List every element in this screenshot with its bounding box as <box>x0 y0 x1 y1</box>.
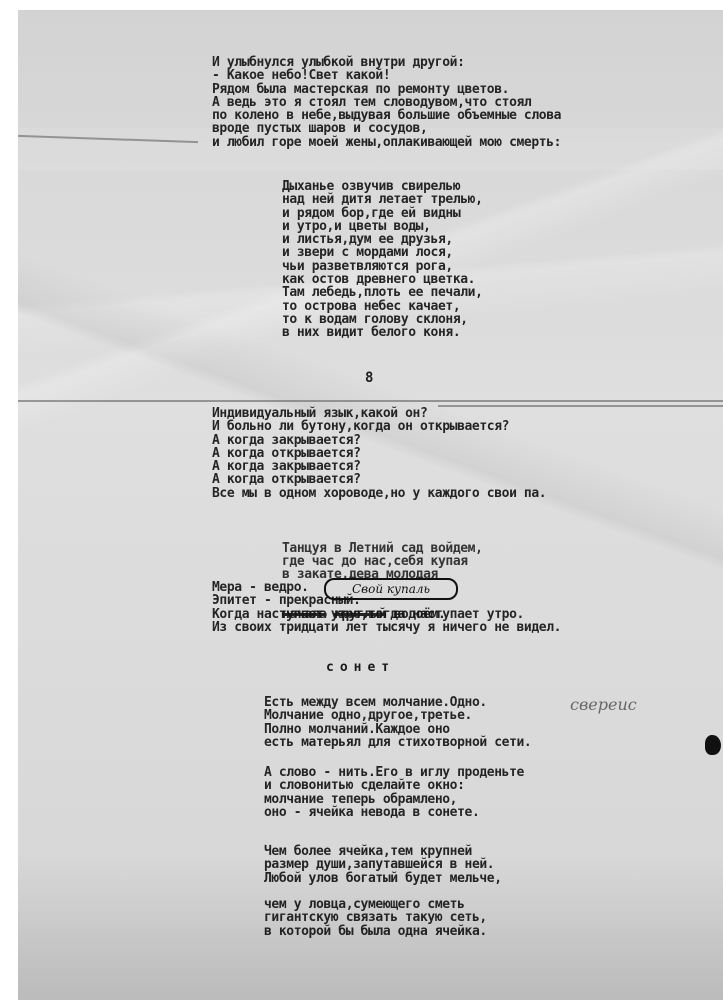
text-line: размер души,запутавшейся в ней. <box>264 858 502 871</box>
text-line: А слово - нить.Его в иглу проденьте <box>264 766 524 779</box>
text-line: Есть между всем молчание.Одно. <box>264 696 531 709</box>
text-line: Молчание одно,другое,третье. <box>264 709 531 722</box>
text-line: А когда открывается? <box>212 473 546 486</box>
text-line: Все мы в одном хороводе,но у каждого сво… <box>212 487 546 500</box>
sonnet-tercet-1: Чем более ячейка,тем крупнейразмер души,… <box>264 845 502 885</box>
text-line: где час до нас,себя купая <box>282 555 483 568</box>
sonnet-title: сонет <box>326 660 395 675</box>
text-line: Танцуя в Летний сад войдем, <box>282 542 483 555</box>
text-line: есть матерьял для стихотворной сети. <box>264 736 531 749</box>
text-line: И улыбнулся улыбкой внутри другой: <box>212 56 561 69</box>
handwritten-insert: Свой купаль <box>324 578 458 600</box>
text-line: и словонитью сделайте окно: <box>264 779 524 792</box>
sonnet-quatrain-2: А слово - нить.Его в иглу проденьтеи сло… <box>264 766 524 819</box>
text-line: А когда открывается? <box>212 447 546 460</box>
text-line: над ней дитя летает трелью, <box>282 193 483 206</box>
text-line: Из своих тридцати лет тысячу я ничего не… <box>212 621 561 634</box>
text-line: и листья,дум ее друзья, <box>282 233 483 246</box>
text-line: гигантскую связать такую сеть, <box>264 911 487 924</box>
text-line: то к водам голову склоня, <box>282 313 483 326</box>
text-line: Индивидуальный язык,какой он? <box>212 407 546 420</box>
text-line: и рядом бор,где ей видны <box>282 207 483 220</box>
sonnet-quatrain-1: Есть между всем молчание.Одно.Молчание о… <box>264 696 531 749</box>
text-line: в них видит белого коня. <box>282 326 483 339</box>
stanza-4-lines: Танцуя в Летний сад войдем,где час до на… <box>282 542 483 582</box>
text-line: Там лебедь,плоть ее печали, <box>282 286 483 299</box>
text-line: чьи разветвляются рога, <box>282 260 483 273</box>
text-line: А когда закрывается? <box>212 434 546 447</box>
text-line: молчание теперь обрамлено, <box>264 793 524 806</box>
text-line: Любой улов богатый будет мельче, <box>264 872 502 885</box>
section-number: 8 <box>365 370 373 386</box>
text-line: Когда наступает утро,тогда наступает утр… <box>212 608 561 621</box>
text-line: то острова небес качает, <box>282 300 483 313</box>
stanza-3: Индивидуальный язык,какой он?И больно ли… <box>212 407 546 500</box>
stanza-2: Дыханье озвучив свирельюнад ней дитя лет… <box>282 180 483 340</box>
text-line: оно - ячейка невода в сонете. <box>264 806 524 819</box>
text-line: А когда закрывается? <box>212 460 546 473</box>
stanza-1: И улыбнулся улыбкой внутри другой:- Како… <box>212 56 561 149</box>
text-line: А ведь это я стоял тем словодувом,что ст… <box>212 96 561 109</box>
text-line: и любил горе моей жены,оплакивающей мою … <box>212 136 561 149</box>
text-line: Дыханье озвучив свирелью <box>282 180 483 193</box>
text-line: чем у ловца,сумеющего сметь <box>264 898 487 911</box>
text-line: и утро,и цветы воды, <box>282 220 483 233</box>
text-line: вроде пустых шаров и сосудов, <box>212 122 561 135</box>
text-line: И больно ли бутону,когда он открывается? <box>212 420 546 433</box>
handwritten-margin-note: свереис <box>570 695 637 714</box>
ink-blot <box>705 735 721 755</box>
text-line: Чем более ячейка,тем крупней <box>264 845 502 858</box>
text-line: как остов древнего цветка. <box>282 273 483 286</box>
text-line: и звери с мордами лося, <box>282 246 483 259</box>
text-line: по колено в небе,выдувая большие объемны… <box>212 109 561 122</box>
text-line: в которой бы была одна ячейка. <box>264 925 487 938</box>
text-line: - Какое небо!Свет какой! <box>212 69 561 82</box>
paper-fold <box>18 400 723 402</box>
text-line: Полно молчаний.Каждое оно <box>264 723 531 736</box>
sonnet-tercet-2: чем у ловца,сумеющего сметьгигантскую св… <box>264 898 487 938</box>
text-line: Рядом была мастерская по ремонту цветов. <box>212 83 561 96</box>
